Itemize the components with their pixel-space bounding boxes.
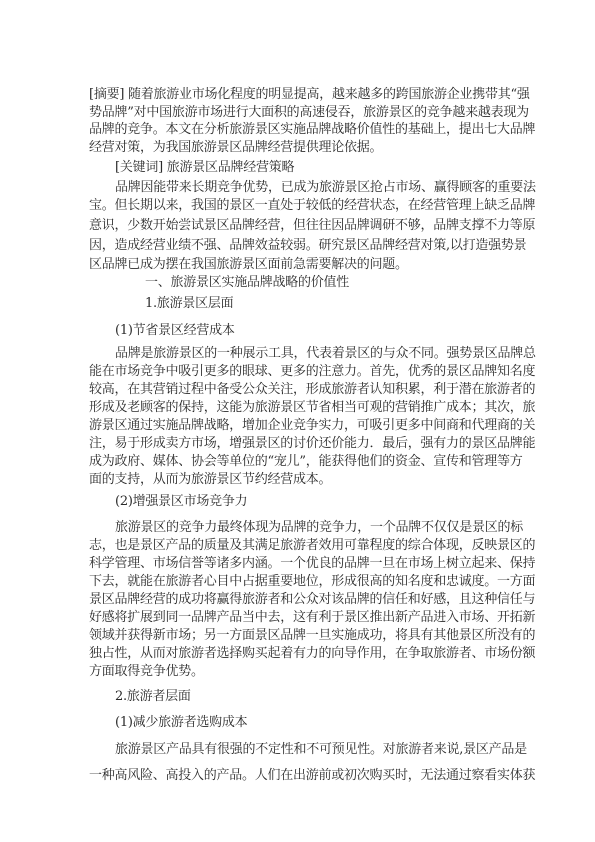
paragraph-line: 能在市场竞争中吸引更多的眼球、更多的注意力。首先，优秀的景区品牌知名度	[89, 364, 509, 380]
paragraph-line: 下去，就能在旅游者心目中占据重要地位，形成很高的知名度和忠诚度。一方面	[89, 574, 509, 590]
abstract-line: [摘要] 随着旅游业市场化程度的明显提高，越来越多的跨国旅游企业携带其“强	[89, 87, 509, 103]
paragraph-line: 科学管理、市场信誉等诸多内涵。一个优良的品牌一旦在市场上树立起来、保持	[89, 556, 509, 572]
section-heading: 一、旅游景区实施品牌战略的价值性	[145, 275, 565, 291]
paragraph-line: 好感将扩展到同一品牌产品当中去，这有利于景区推出新产品进入市场、开拓新	[89, 610, 509, 626]
paragraph-line: 独占性，从而对旅游者选择购买起着有力的向导作用，在争取旅游者、市场份额	[89, 646, 509, 662]
paragraph-line: 领域并获得新市场；另一方面景区品牌一旦实施成功，将具有其他景区所没有的	[89, 628, 509, 644]
paragraph-line: 一种高风险、高投入的产品。人们在出游前或初次购买时，无法通过察看实体获	[89, 768, 509, 784]
subsection-heading: 2.旅游者层面	[115, 689, 535, 705]
keywords: [关键词] 旅游景区品牌经营策略	[115, 160, 535, 176]
abstract-line: 品牌的竞争。本文在分析旅游景区实施品牌战略价值性的基础上，提出七大品牌	[89, 122, 509, 138]
subsection-heading: 1.旅游景区层面	[145, 296, 565, 312]
paragraph-line: 形成及老顾客的保持，这能为旅游景区节省相当可观的营销推广成本；其次，旅	[89, 400, 509, 416]
paragraph-line: 注，易于形成卖方市场，增强景区的讨价还价能力．最后，强有力的景区品牌能	[89, 436, 509, 452]
item-heading: (2)增强景区市场竞争力	[115, 494, 535, 510]
paragraph-line: 方面取得竞争优势。	[89, 664, 509, 680]
abstract-line: 势品牌”对中国旅游市场进行大面积的高速侵吞，旅游景区的竞争越来越表现为	[89, 105, 509, 121]
intro-line: 品牌因能带来长期竞争优势，已成为旅游景区抢占市场、赢得顾客的重要法	[115, 180, 535, 196]
intro-line: 意识，少数开始尝试景区品牌经营，但往往因品牌调研不够，品牌支撑不力等原	[89, 218, 509, 234]
document-page: [摘要] 随着旅游业市场化程度的明显提高，越来越多的跨国旅游企业携带其“强 势品…	[0, 0, 595, 842]
paragraph-line: 志，也是景区产品的质量及其满足旅游者效用可靠程度的综合体现，反映景区的	[89, 538, 509, 554]
paragraph-line: 旅游景区的竞争力最终体现为品牌的竞争力，一个品牌不仅仅是景区的标	[115, 520, 535, 536]
paragraph-line: 较高，在其营销过程中备受公众关注，形成旅游者认知积累，利于潜在旅游者的	[89, 382, 509, 398]
paragraph-line: 面的支持，从而为旅游景区节约经营成本。	[89, 472, 509, 488]
intro-line: 宝。但长期以来，我国的景区一直处于较低的经营状态，在经营管理上缺乏品牌	[89, 198, 509, 214]
paragraph-line: 游景区通过实施品牌战略，增加企业竞争实力，可吸引更多中间商和代理商的关	[89, 418, 509, 434]
paragraph-line: 景区品牌经营的成功将赢得旅游者和公众对该品牌的信任和好感，且这种信任与	[89, 592, 509, 608]
paragraph-line: 旅游景区产品具有很强的不定性和不可预见性。对旅游者来说,景区产品是	[115, 742, 535, 758]
paragraph-line: 品牌是旅游景区的一种展示工具，代表着景区的与众不同。强势景区品牌总	[115, 346, 535, 362]
item-heading: (1)减少旅游者选购成本	[115, 715, 535, 731]
abstract-line: 经营对策，为我国旅游景区品牌经营提供理论依据。	[89, 140, 509, 156]
intro-line: 区品牌已成为摆在我国旅游景区面前急需要解决的问题。	[89, 257, 509, 273]
intro-line: 因，造成经营业绩不强、品牌效益较弱。研究景区品牌经营对策,以打造强势景	[89, 238, 509, 254]
item-heading: (1)节省景区经营成本	[115, 323, 535, 339]
paragraph-line: 成为政府、媒体、协会等单位的“宠儿”，能获得他们的资金、宣传和管理等方	[89, 454, 509, 470]
